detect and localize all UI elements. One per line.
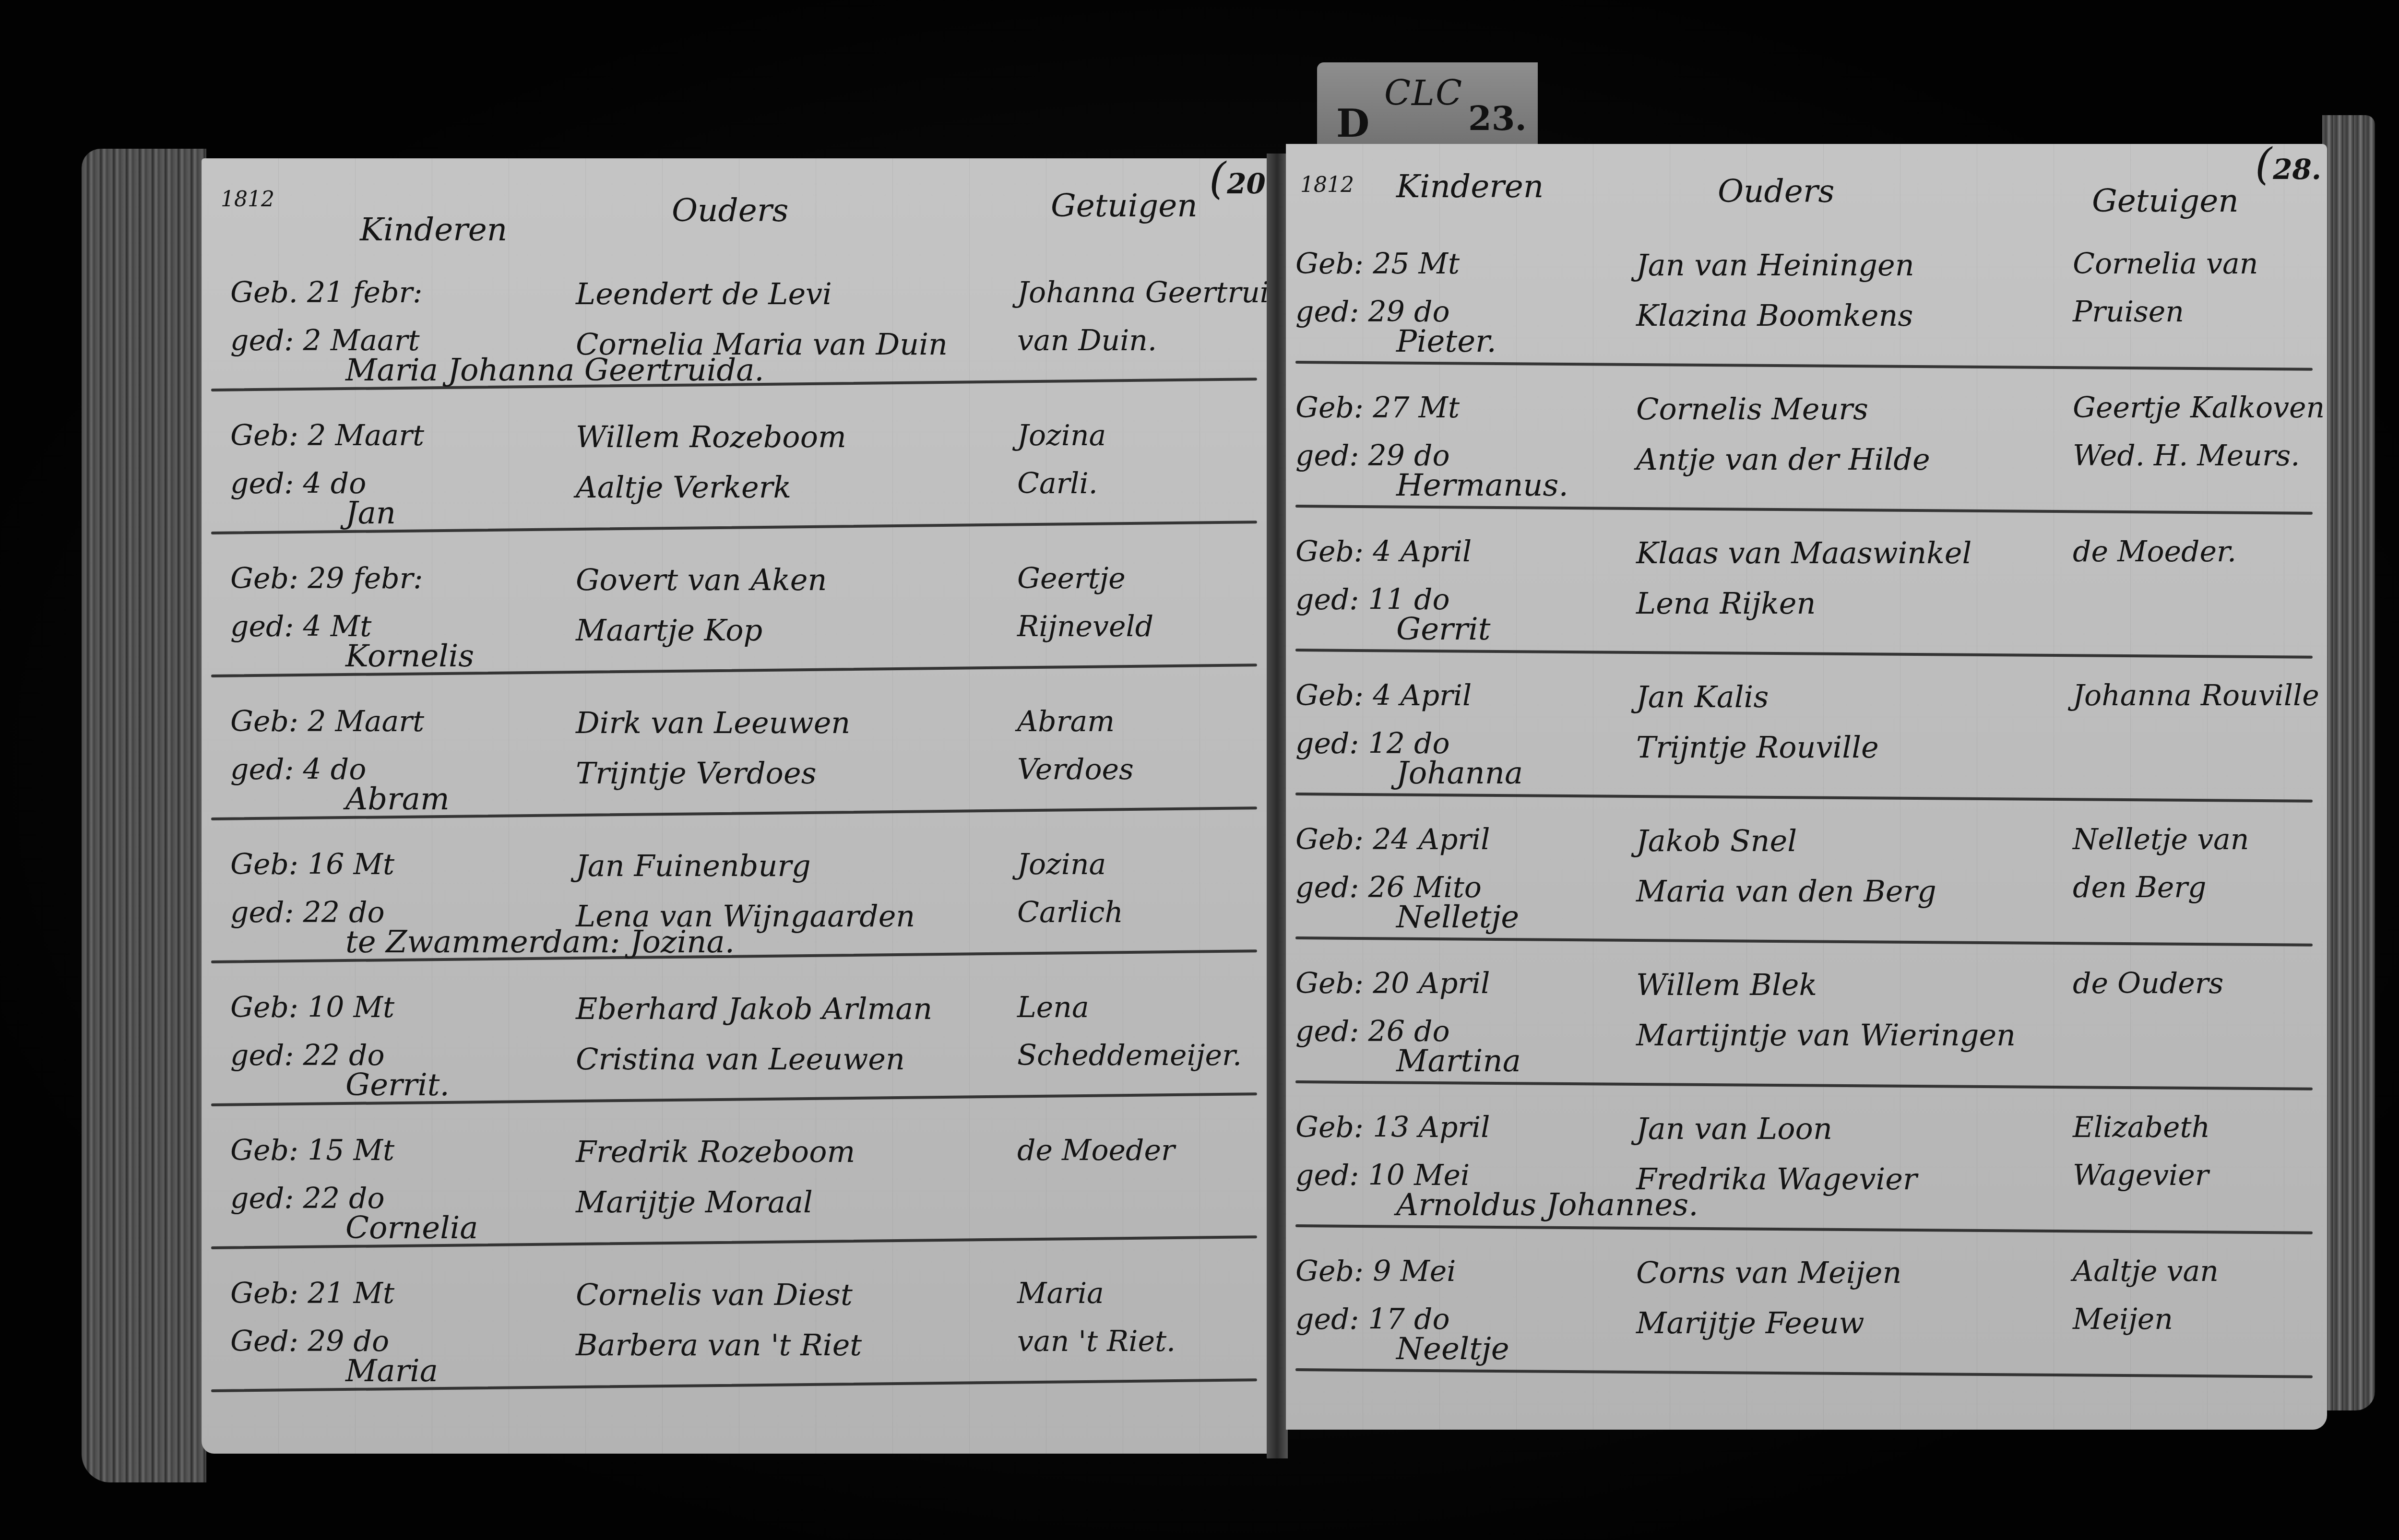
witness-line: de Moeder. (2073, 528, 2236, 576)
mother-name: Aaltje Verkerk (576, 462, 846, 512)
witnesses: Nelletje vanden Berg (2073, 816, 2249, 912)
column-header-witnesses: Getuigen (1051, 187, 1198, 224)
mother-name: Maartje Kop (576, 605, 827, 655)
mother-name: Trijntje Verdoes (576, 748, 850, 798)
witnesses: Aaltje vanMeijen (2073, 1247, 2219, 1343)
register-entry: Geb: 4 April ged: 12 do Johanna Jan Kali… (1286, 652, 2327, 796)
parents: Cornelis Meurs Antje van der Hilde (1636, 384, 1930, 485)
father-name: Cornelis van Diest (576, 1269, 862, 1320)
mother-name: Lena van Wijngaarden (576, 891, 915, 941)
register-entry: Geb: 24 April ged: 26 Mito Nelletje Jako… (1286, 796, 2327, 940)
register-entry: Geb. 21 febr: ged: 2 Maart Maria Johanna… (202, 249, 1271, 392)
witness-line: Abram (1017, 698, 1134, 746)
register-entry: Geb: 16 Mt ged: 22 do te Zwammerdam: Joz… (202, 821, 1271, 964)
father-name: Jakob Snel (1636, 816, 1936, 866)
label-code: CLC (1384, 73, 1463, 113)
father-name: Klaas van Maaswinkel (1636, 528, 1971, 578)
father-name: Jan van Loon (1636, 1103, 1917, 1154)
witness-line: Cornelia van (2073, 240, 2258, 288)
father-name: Jan Fuinenburg (576, 841, 915, 891)
father-name: Eberhard Jakob Arlman (576, 983, 932, 1034)
born-date: Geb: 21 Mt (230, 1269, 394, 1317)
parents: Jan Fuinenburg Lena van Wijngaarden (576, 841, 915, 941)
father-name: Willem Rozeboom (576, 412, 846, 462)
parents: Willem Blek Martijntje van Wieringen (1636, 960, 2016, 1060)
witness-line: Geertje (1017, 555, 1153, 603)
mother-name: Barbera van 't Riet (576, 1320, 862, 1370)
witness-line: den Berg (2073, 864, 2249, 912)
witnesses: de Ouders (2073, 960, 2223, 1007)
born-date: Geb: 2 Maart (230, 412, 424, 460)
row-divider (1295, 1368, 2313, 1378)
witness-line: Carlich (1017, 888, 1123, 936)
mother-name: Trijntje Rouville (1636, 722, 1879, 772)
page-stack-right-edge (2322, 115, 2375, 1410)
father-name: Corns van Meijen (1636, 1247, 1901, 1298)
entry-dates: Geb: 4 April ged: 11 do (1295, 528, 1472, 624)
witnesses: Cornelia vanPruisen (2073, 240, 2258, 336)
child-name: Cornelia (345, 1210, 478, 1246)
witness-line: Johanna Geertruida (1017, 269, 1305, 317)
witnesses: LenaScheddemeijer. (1017, 983, 1242, 1079)
witness-line: Jozina (1017, 412, 1106, 460)
born-date: Geb: 16 Mt (230, 841, 394, 888)
parents: Klaas van Maaswinkel Lena Rijken (1636, 528, 1971, 628)
witness-line: van 't Riet. (1017, 1317, 1176, 1365)
child-name: Gerrit. (345, 1067, 450, 1103)
register-entry: Geb: 2 Maart ged: 4 do Abram Dirk van Le… (202, 678, 1271, 821)
father-name: Leendert de Levi (576, 269, 948, 319)
witness-line: Geertje Kalkoven (2073, 384, 2325, 432)
mother-name: Cristina van Leeuwen (576, 1034, 932, 1084)
witnesses: Geertje KalkovenWed. H. Meurs. (2073, 384, 2325, 480)
register-entry: Geb: 25 Mt ged: 29 do Pieter. Jan van He… (1286, 221, 2327, 365)
witness-line: Meijen (2073, 1295, 2219, 1343)
child-name: Martina (1396, 1043, 1521, 1079)
register-entry: Geb: 15 Mt ged: 22 do Cornelia Fredrik R… (202, 1107, 1271, 1250)
parents: Jakob Snel Maria van den Berg (1636, 816, 1936, 916)
parents: Eberhard Jakob Arlman Cristina van Leeuw… (576, 983, 932, 1084)
label-letter: D (1336, 101, 1369, 146)
witnesses: JozinaCarli. (1017, 412, 1106, 508)
year-label: 1812 (1300, 173, 1354, 197)
mother-name: Lena Rijken (1636, 578, 1971, 628)
parents: Cornelis van Diest Barbera van 't Riet (576, 1269, 862, 1370)
born-date: Geb: 24 April (1295, 816, 1490, 864)
witness-line: Aaltje van (2073, 1247, 2219, 1295)
parents: Dirk van Leeuwen Trijntje Verdoes (576, 698, 850, 798)
witnesses: de Moeder (1017, 1126, 1175, 1174)
child-name: Hermanus. (1396, 468, 1568, 503)
entry-dates: Geb: 29 febr: ged: 4 Mt (230, 555, 423, 651)
witness-line: Carli. (1017, 460, 1106, 508)
page-stack-left-edge (82, 149, 206, 1482)
born-date: Geb: 27 Mt (1295, 384, 1460, 432)
child-name: Gerrit (1396, 612, 1490, 647)
witnesses: Mariavan 't Riet. (1017, 1269, 1176, 1365)
mother-name: Martijntje van Wieringen (1636, 1010, 2016, 1060)
entry-dates: Geb: 27 Mt ged: 29 do (1295, 384, 1460, 480)
witnesses: JozinaCarlich (1017, 841, 1123, 936)
born-date: Geb: 4 April (1295, 528, 1472, 576)
witnesses: AbramVerdoes (1017, 698, 1134, 794)
witness-line: Wed. H. Meurs. (2073, 432, 2325, 480)
child-name: Neeltje (1396, 1331, 1509, 1367)
father-name: Jan van Heiningen (1636, 240, 1914, 290)
witness-line: Scheddemeijer. (1017, 1031, 1242, 1079)
witness-line: Jozina (1017, 841, 1123, 888)
parents: Jan van Heiningen Klazina Boomkens (1636, 240, 1914, 341)
father-name: Fredrik Rozeboom (576, 1126, 855, 1177)
witnesses: Johanna Geertruidavan Duin. (1017, 269, 1305, 365)
entry-dates: Geb. 21 febr: ged: 2 Maart (230, 269, 422, 365)
born-date: Geb: 10 Mt (230, 983, 394, 1031)
child-name: Pieter. (1396, 324, 1496, 359)
register-entry: Geb: 9 Mei ged: 17 do Neeltje Corns van … (1286, 1228, 2327, 1372)
born-date: Geb: 25 Mt (1295, 240, 1460, 288)
witness-line: Lena (1017, 983, 1242, 1031)
father-name: Willem Blek (1636, 960, 2016, 1010)
born-date: Geb: 9 Mei (1295, 1247, 1456, 1295)
witness-line: de Moeder (1017, 1126, 1175, 1174)
witnesses: de Moeder. (2073, 528, 2236, 576)
entry-dates: Geb: 20 April ged: 26 do (1295, 960, 1490, 1055)
child-name: Abram (345, 782, 450, 817)
parents: Leendert de Levi Cornelia Maria van Duin (576, 269, 948, 369)
parents: Fredrik Rozeboom Marijtje Moraal (576, 1126, 855, 1227)
father-name: Cornelis Meurs (1636, 384, 1930, 434)
father-name: Dirk van Leeuwen (576, 698, 850, 748)
born-date: Geb: 29 febr: (230, 555, 423, 603)
father-name: Govert van Aken (576, 555, 827, 605)
entry-dates: Geb: 13 April ged: 10 Mei (1295, 1103, 1490, 1199)
entry-dates: Geb: 10 Mt ged: 22 do (230, 983, 394, 1079)
witness-line: Nelletje van (2073, 816, 2249, 864)
child-name: Jan (345, 496, 396, 531)
mother-name: Marijtje Moraal (576, 1177, 855, 1227)
child-name: Johanna (1396, 756, 1523, 791)
left-page: 1812 Kinderen Ouders Getuigen 20 Geb. 21… (202, 158, 1271, 1454)
column-header-parents: Ouders (1718, 173, 1834, 210)
witness-line: de Ouders (2073, 960, 2223, 1007)
witnesses: Johanna Rouville (2073, 672, 2319, 720)
column-header-witnesses: Getuigen (2092, 182, 2239, 219)
witness-line: Elizabeth (2073, 1103, 2210, 1151)
register-entry: Geb: 4 April ged: 11 do Gerrit Klaas van… (1286, 509, 2327, 652)
parents: Corns van Meijen Marijtje Feeuw (1636, 1247, 1901, 1348)
born-date: Geb: 4 April (1295, 672, 1472, 720)
register-entry: Geb: 27 Mt ged: 29 do Hermanus. Cornelis… (1286, 365, 2327, 509)
entry-dates: Geb: 24 April ged: 26 Mito (1295, 816, 1490, 912)
mother-name: Klazina Boomkens (1636, 290, 1914, 341)
year-label: 1812 (221, 187, 274, 212)
parents: Jan van Loon Fredrika Wagevier (1636, 1103, 1917, 1204)
entry-dates: Geb: 2 Maart ged: 4 do (230, 698, 424, 794)
mother-name: Cornelia Maria van Duin (576, 319, 948, 369)
child-name: Kornelis (345, 639, 474, 674)
mother-name: Antje van der Hilde (1636, 434, 1930, 485)
right-page: 1812 Kinderen Ouders Getuigen 28. Geb: 2… (1286, 144, 2327, 1430)
parents: Jan Kalis Trijntje Rouville (1636, 672, 1879, 772)
entry-dates: Geb: 16 Mt ged: 22 do (230, 841, 394, 936)
mother-name: Marijtje Feeuw (1636, 1298, 1901, 1348)
mother-name: Maria van den Berg (1636, 866, 1936, 916)
born-date: Geb: 20 April (1295, 960, 1490, 1007)
witness-line: Wagevier (2073, 1151, 2210, 1199)
witness-line: Pruisen (2073, 288, 2258, 336)
witness-line: Johanna Rouville (2073, 672, 2319, 720)
register-entry: Geb: 21 Mt Ged: 29 do Maria Cornelis van… (202, 1250, 1271, 1393)
entry-dates: Geb: 4 April ged: 12 do (1295, 672, 1472, 768)
witness-line: Verdoes (1017, 746, 1134, 794)
parents: Willem Rozeboom Aaltje Verkerk (576, 412, 846, 512)
register-entry: Geb: 10 Mt ged: 22 do Gerrit. Eberhard J… (202, 964, 1271, 1107)
father-name: Jan Kalis (1636, 672, 1879, 722)
label-number: 23. (1468, 98, 1527, 138)
witness-line: Maria (1017, 1269, 1176, 1317)
entry-dates: Geb: 9 Mei ged: 17 do (1295, 1247, 1456, 1343)
parents: Govert van Aken Maartje Kop (576, 555, 827, 655)
register-entry: Geb: 13 April ged: 10 Mei Arnoldus Johan… (1286, 1084, 2327, 1228)
page-number: 20 (1209, 154, 1266, 204)
column-header-parents: Ouders (672, 192, 788, 229)
born-date: Geb: 2 Maart (230, 698, 424, 746)
register-entry: Geb: 20 April ged: 26 do Martina Willem … (1286, 940, 2327, 1084)
column-header-children: Kinderen (360, 211, 507, 248)
witnesses: GeertjeRijneveld (1017, 555, 1153, 651)
witness-line: van Duin. (1017, 317, 1305, 365)
column-header-children: Kinderen (1396, 168, 1544, 205)
register-entry: Geb: 29 febr: ged: 4 Mt Kornelis Govert … (202, 535, 1271, 678)
book-gutter (1267, 154, 1288, 1458)
witness-line: Rijneveld (1017, 603, 1153, 651)
entry-dates: Geb: 15 Mt ged: 22 do (230, 1126, 394, 1222)
entry-dates: Geb: 2 Maart ged: 4 do (230, 412, 424, 508)
born-date: Geb: 15 Mt (230, 1126, 394, 1174)
page-number: 28. (2255, 139, 2321, 190)
witnesses: ElizabethWagevier (2073, 1103, 2210, 1199)
entry-dates: Geb: 21 Mt Ged: 29 do (230, 1269, 394, 1365)
entry-dates: Geb: 25 Mt ged: 29 do (1295, 240, 1460, 336)
mother-name: Fredrika Wagevier (1636, 1154, 1917, 1204)
register-entry: Geb: 2 Maart ged: 4 do Jan Willem Rozebo… (202, 392, 1271, 535)
child-name: Maria (345, 1353, 438, 1389)
born-date: Geb. 21 febr: (230, 269, 422, 317)
child-name: Nelletje (1396, 900, 1519, 935)
born-date: Geb: 13 April (1295, 1103, 1490, 1151)
